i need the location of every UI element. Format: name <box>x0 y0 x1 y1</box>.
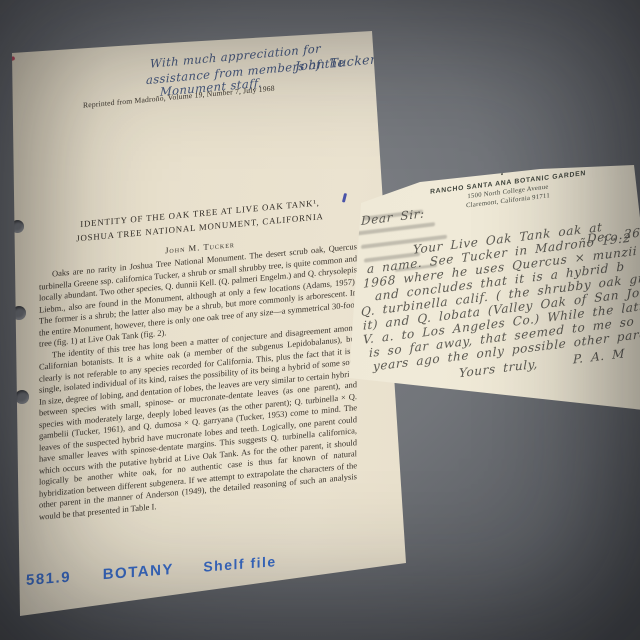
letterhead-dot <box>501 173 503 175</box>
punch-hole <box>12 306 26 320</box>
article-body: Oaks are no rarity in Joshua Tree Nation… <box>39 241 357 523</box>
call-number: 581.9 <box>26 569 71 589</box>
punch-hole <box>11 220 24 233</box>
photo-backdrop: With much appreciation for assistance fr… <box>0 0 640 640</box>
postcard-signature: P. A. M <box>573 346 625 366</box>
postcard-letterhead: RANCHO SANTA ANA BOTANIC GARDEN 1500 Nor… <box>403 167 613 217</box>
red-crayon-mark <box>0 53 20 73</box>
postcard-content: RANCHO SANTA ANA BOTANIC GARDEN 1500 Nor… <box>361 174 640 410</box>
reprint-page-content: With much appreciation for assistance fr… <box>25 20 355 590</box>
article-paragraph: The identity of this tree has long been … <box>39 322 357 523</box>
